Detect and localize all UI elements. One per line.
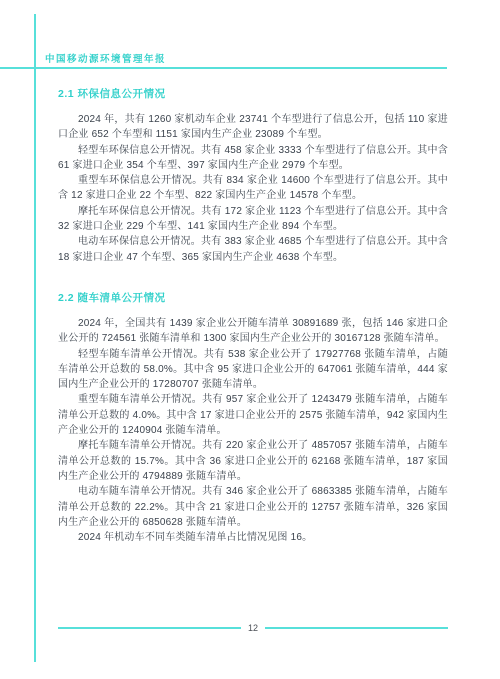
- section-heading-2-2: 2.2 随车清单公开情况: [58, 290, 448, 305]
- section-heading-2-1: 2.1 环保信息公开情况: [58, 86, 448, 101]
- page-footer: 12: [58, 623, 448, 633]
- paragraph-2-2-overview: 2024 年，全国共有 1439 家企业公开随车清单 30891689 张，包括…: [58, 316, 448, 347]
- footer-rule-right: [265, 627, 448, 628]
- paragraph-2-2-light-vehicles: 轻型车随车清单公开情况。共有 538 家企业公开了 17927768 张随车清单…: [58, 347, 448, 393]
- paragraph-2-2-heavy-vehicles: 重型车随车清单公开情况。共有 957 家企业公开了 1243479 张随车清单，…: [58, 392, 448, 438]
- paragraph-2-2-motorcycles: 摩托车随车清单公开情况。共有 220 家企业公开了 4857057 张随车清单，…: [58, 438, 448, 484]
- page-content: 2.1 环保信息公开情况 2024 年，共有 1260 家机动车企业 23741…: [58, 86, 448, 545]
- paragraph-2-2-figure-reference: 2024 年机动车不同车类随车清单占比情况见图 16。: [58, 530, 448, 545]
- left-margin-rule: [34, 14, 36, 662]
- paragraph-2-1-heavy-vehicles: 重型车环保信息公开情况。共有 834 家企业 14600 个车型进行了信息公开。…: [58, 173, 448, 204]
- paragraph-2-1-electric-vehicles: 电动车环保信息公开情况。共有 383 家企业 4685 个车型进行了信息公开。其…: [58, 234, 448, 265]
- page-number: 12: [241, 623, 265, 633]
- paragraph-2-1-overview: 2024 年，共有 1260 家机动车企业 23741 个车型进行了信息公开，包…: [58, 112, 448, 143]
- paragraph-2-1-motorcycles: 摩托车环保信息公开情况。共有 172 家企业 1123 个车型进行了信息公开。其…: [58, 204, 448, 235]
- header-rule: [0, 67, 447, 69]
- paragraph-2-2-electric-vehicles: 电动车随车清单公开情况。共有 346 家企业公开了 6863385 张随车清单，…: [58, 484, 448, 530]
- running-header: 中国移动源环境管理年报: [45, 51, 166, 65]
- footer-rule-left: [58, 627, 241, 628]
- document-page: 中国移动源环境管理年报 2.1 环保信息公开情况 2024 年，共有 1260 …: [0, 0, 500, 679]
- paragraph-2-1-light-vehicles: 轻型车环保信息公开情况。共有 458 家企业 3333 个车型进行了信息公开。其…: [58, 143, 448, 174]
